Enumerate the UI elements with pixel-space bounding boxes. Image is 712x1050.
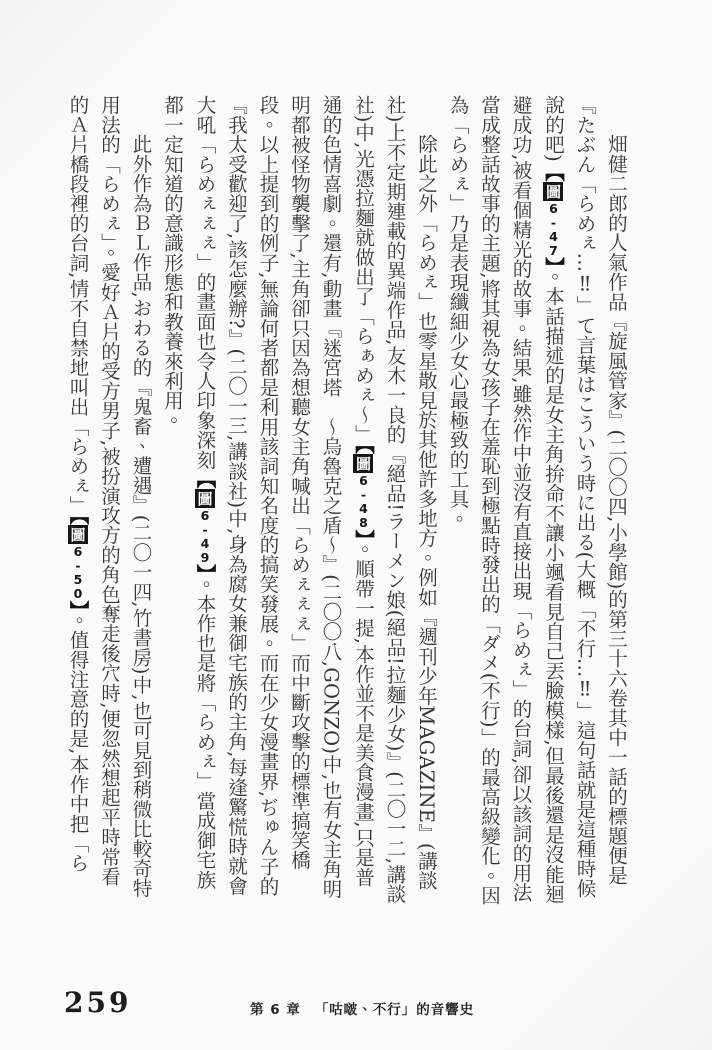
- figure-number: 6-50: [71, 544, 86, 600]
- figure-label: 圖: [68, 525, 88, 544]
- chapter-label: 第 6 章: [250, 1002, 301, 1018]
- figure-reference: 【圖6-48】: [352, 444, 375, 539]
- paragraph: 畑健二郎的人氣作品『旋風管家』(二〇〇四,小學館)的第三十六卷其中一話的標題便是…: [442, 95, 632, 905]
- figure-bracket-open: 【: [194, 469, 217, 489]
- figure-reference: 【圖6-47】: [542, 162, 565, 267]
- paragraph: 除此之外「らめぇ」也零星散見於其他許多地方。例如『週刊少年MAGAZINE』(講…: [157, 95, 443, 905]
- figure-bracket-close: 】: [67, 600, 90, 610]
- figure-reference: 【圖6-50】: [67, 515, 90, 610]
- figure-bracket-close: 】: [352, 529, 375, 539]
- figure-bracket-close: 】: [542, 257, 565, 267]
- figure-label: 圖: [543, 182, 563, 201]
- chapter-footer: 第 6 章「咕啵、不行」的音響史: [250, 998, 474, 1018]
- paragraph: 此外作為ＢＬ作品,おわる的『鬼畜、遭遇』(二〇一四,竹書房)中,也可見到稍微比較…: [61, 95, 157, 905]
- chapter-title: 「咕啵、不行」的音響史: [315, 1002, 475, 1018]
- figure-bracket-close: 】: [194, 564, 217, 574]
- figure-number: 6-48: [356, 473, 371, 529]
- book-page: 畑健二郎的人氣作品『旋風管家』(二〇〇四,小學館)的第三十六卷其中一話的標題便是…: [0, 0, 712, 1050]
- figure-bracket-open: 【: [67, 515, 90, 525]
- figure-label: 圖: [353, 454, 373, 473]
- figure-number: 6-47: [546, 201, 561, 257]
- page-number: 259: [64, 986, 131, 1019]
- figure-bracket-open: 【: [352, 444, 375, 454]
- figure-reference: 【圖6-49】: [194, 469, 217, 574]
- figure-label: 圖: [195, 489, 215, 508]
- text-block: 畑健二郎的人氣作品『旋風管家』(二〇〇四,小學館)的第三十六卷其中一話的標題便是…: [61, 95, 632, 905]
- figure-bracket-open: 【: [542, 162, 565, 182]
- figure-number: 6-49: [198, 508, 213, 564]
